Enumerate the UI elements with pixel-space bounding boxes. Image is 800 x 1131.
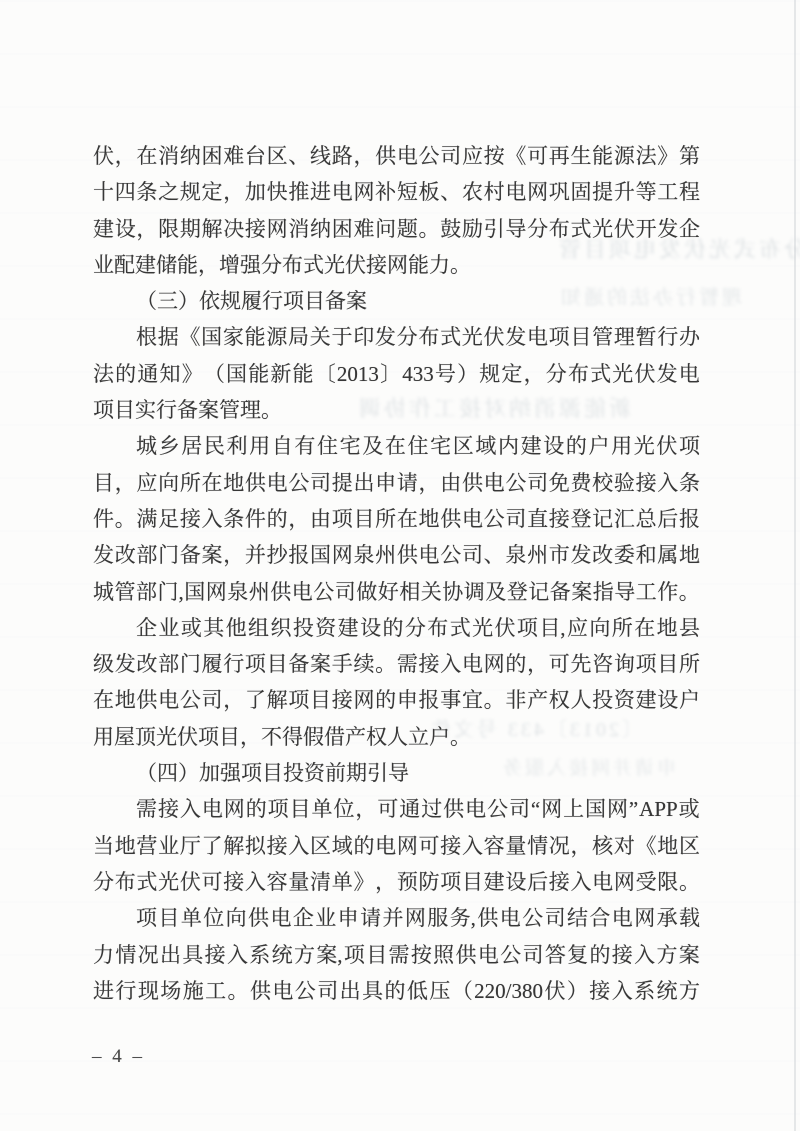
text-line: 用屋顶光伏项目，不得假借产权人立户。 <box>93 719 700 755</box>
text-line: 城乡居民利用自有住宅及在住宅区域内建设的户用光伏项 <box>93 428 700 464</box>
text-line: （三）依规履行项目备案 <box>93 283 700 319</box>
text-line: 进行现场施工。供电公司出具的低压（220/380伏）接入系统方 <box>93 973 700 1009</box>
text-line: 项目实行备案管理。 <box>93 392 700 428</box>
text-line: 企业或其他组织投资建设的分布式光伏项目,应向所在地县 <box>93 610 700 646</box>
text-line: 建设，限期解决接网消纳困难问题。鼓励引导分布式光伏开发企 <box>93 211 700 247</box>
text-line: 项目单位向供电企业申请并网服务,供电公司结合电网承载 <box>93 900 700 936</box>
document-body: 伏，在消纳困难台区、线路，供电公司应按《可再生能源法》第十四条之规定，加快推进电… <box>93 138 700 1009</box>
text-line: 伏，在消纳困难台区、线路，供电公司应按《可再生能源法》第 <box>93 138 700 174</box>
text-line: 法的通知》（国能新能〔2013〕433号）规定，分布式光伏发电 <box>93 356 700 392</box>
text-line: （四）加强项目投资前期引导 <box>93 755 700 791</box>
text-line: 城管部门,国网泉州供电公司做好相关协调及登记备案指导工作。 <box>93 574 700 610</box>
scan-edge-line <box>794 0 796 1131</box>
text-line: 业配建储能，增强分布式光伏接网能力。 <box>93 247 700 283</box>
text-line: 分布式光伏可接入容量清单》，预防项目建设后接入电网受限。 <box>93 864 700 900</box>
text-line: 级发改部门履行项目备案手续。需接入电网的，可先咨询项目所 <box>93 646 700 682</box>
text-line: 目，应向所在地供电公司提出申请，由供电公司免费校验接入条 <box>93 465 700 501</box>
text-line: 需接入电网的项目单位，可通过供电公司“网上国网”APP或 <box>93 791 700 827</box>
text-line: 十四条之规定，加快推进电网补短板、农村电网巩固提升等工程 <box>93 174 700 210</box>
scanned-document-page: 分布式光伏发电项目管理暂行办法的通知新能源消纳对接工作协调〔2013〕433 号… <box>0 0 800 1131</box>
text-line: 件。满足接入条件的，由项目所在地供电公司直接登记汇总后报 <box>93 501 700 537</box>
text-line: 在地供电公司，了解项目接网的申报事宜。非产权人投资建设户 <box>93 682 700 718</box>
text-line: 力情况出具接入系统方案,项目需按照供电公司答复的接入方案 <box>93 937 700 973</box>
text-line: 当地营业厅了解拟接入区域的电网可接入容量情况，核对《地区 <box>93 828 700 864</box>
page-number: – 4 – <box>92 1046 145 1068</box>
text-line: 发改部门备案，并抄报国网泉州供电公司、泉州市发改委和属地 <box>93 537 700 573</box>
text-line: 根据《国家能源局关于印发分布式光伏发电项目管理暂行办 <box>93 319 700 355</box>
